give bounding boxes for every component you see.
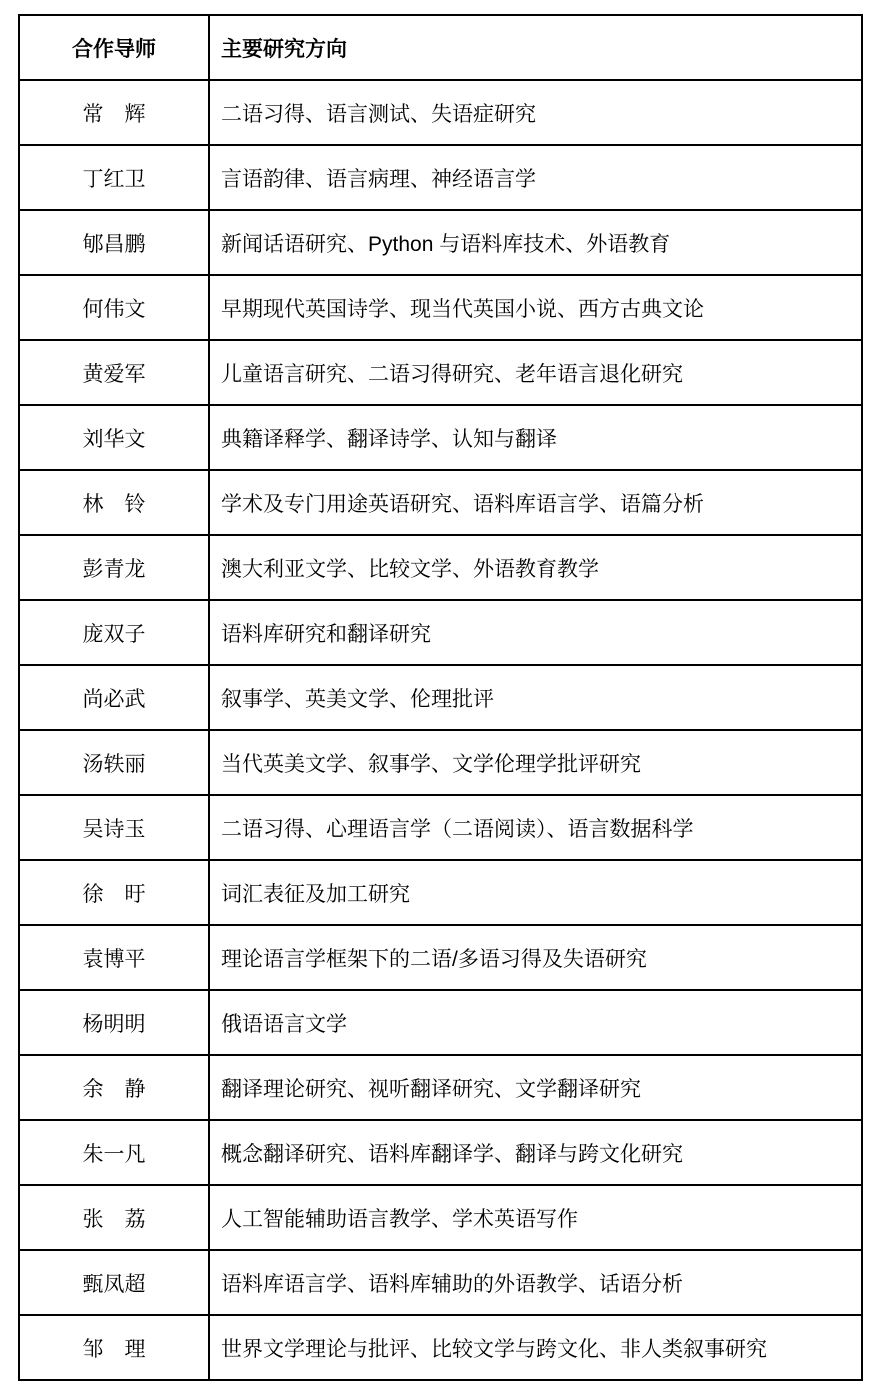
table-row: 郇昌鹏新闻话语研究、Python 与语料库技术、外语教育 <box>19 210 862 275</box>
mentor-name: 张 荔 <box>19 1185 209 1250</box>
mentor-name: 刘华文 <box>19 405 209 470</box>
research-directions: 二语习得、心理语言学（二语阅读）、语言数据科学 <box>209 795 862 860</box>
research-directions: 语料库研究和翻译研究 <box>209 600 862 665</box>
research-directions: 叙事学、英美文学、伦理批评 <box>209 665 862 730</box>
mentor-name: 林 铃 <box>19 470 209 535</box>
research-directions: 语料库语言学、语料库辅助的外语教学、话语分析 <box>209 1250 862 1315</box>
table-row: 常 辉二语习得、语言测试、失语症研究 <box>19 80 862 145</box>
mentor-table: 合作导师 主要研究方向 常 辉二语习得、语言测试、失语症研究丁红卫言语韵律、语言… <box>18 14 863 1381</box>
research-directions: 俄语语言文学 <box>209 990 862 1055</box>
research-directions: 人工智能辅助语言教学、学术英语写作 <box>209 1185 862 1250</box>
header-row: 合作导师 主要研究方向 <box>19 15 862 80</box>
mentor-name: 汤轶丽 <box>19 730 209 795</box>
mentor-name: 朱一凡 <box>19 1120 209 1185</box>
research-directions: 词汇表征及加工研究 <box>209 860 862 925</box>
research-directions: 二语习得、语言测试、失语症研究 <box>209 80 862 145</box>
research-directions: 理论语言学框架下的二语/多语习得及失语研究 <box>209 925 862 990</box>
table-row: 庞双子语料库研究和翻译研究 <box>19 600 862 665</box>
research-directions: 当代英美文学、叙事学、文学伦理学批评研究 <box>209 730 862 795</box>
table-row: 林 铃学术及专门用途英语研究、语料库语言学、语篇分析 <box>19 470 862 535</box>
table-row: 吴诗玉二语习得、心理语言学（二语阅读）、语言数据科学 <box>19 795 862 860</box>
table-row: 黄爱军儿童语言研究、二语习得研究、老年语言退化研究 <box>19 340 862 405</box>
table-row: 袁博平理论语言学框架下的二语/多语习得及失语研究 <box>19 925 862 990</box>
research-directions: 言语韵律、语言病理、神经语言学 <box>209 145 862 210</box>
table-row: 刘华文典籍译释学、翻译诗学、认知与翻译 <box>19 405 862 470</box>
mentor-name: 尚必武 <box>19 665 209 730</box>
table-row: 徐 旴词汇表征及加工研究 <box>19 860 862 925</box>
research-directions: 早期现代英国诗学、现当代英国小说、西方古典文论 <box>209 275 862 340</box>
table-row: 朱一凡概念翻译研究、语料库翻译学、翻译与跨文化研究 <box>19 1120 862 1185</box>
research-directions: 儿童语言研究、二语习得研究、老年语言退化研究 <box>209 340 862 405</box>
table-row: 丁红卫言语韵律、语言病理、神经语言学 <box>19 145 862 210</box>
table-row: 张 荔人工智能辅助语言教学、学术英语写作 <box>19 1185 862 1250</box>
mentor-name: 常 辉 <box>19 80 209 145</box>
mentor-table-header: 合作导师 主要研究方向 <box>19 15 862 80</box>
research-directions: 新闻话语研究、Python 与语料库技术、外语教育 <box>209 210 862 275</box>
table-row: 甄凤超语料库语言学、语料库辅助的外语教学、话语分析 <box>19 1250 862 1315</box>
mentor-name: 郇昌鹏 <box>19 210 209 275</box>
research-directions: 澳大利亚文学、比较文学、外语教育教学 <box>209 535 862 600</box>
table-row: 何伟文早期现代英国诗学、现当代英国小说、西方古典文论 <box>19 275 862 340</box>
research-directions: 学术及专门用途英语研究、语料库语言学、语篇分析 <box>209 470 862 535</box>
mentor-name: 何伟文 <box>19 275 209 340</box>
table-row: 邹 理世界文学理论与批评、比较文学与跨文化、非人类叙事研究 <box>19 1315 862 1380</box>
research-directions: 概念翻译研究、语料库翻译学、翻译与跨文化研究 <box>209 1120 862 1185</box>
mentor-name: 彭青龙 <box>19 535 209 600</box>
mentor-name: 徐 旴 <box>19 860 209 925</box>
research-directions: 典籍译释学、翻译诗学、认知与翻译 <box>209 405 862 470</box>
mentor-name: 邹 理 <box>19 1315 209 1380</box>
mentor-name: 庞双子 <box>19 600 209 665</box>
table-row: 杨明明俄语语言文学 <box>19 990 862 1055</box>
mentor-name: 甄凤超 <box>19 1250 209 1315</box>
mentor-name: 余 静 <box>19 1055 209 1120</box>
mentor-name: 吴诗玉 <box>19 795 209 860</box>
header-mentor: 合作导师 <box>19 15 209 80</box>
table-row: 尚必武叙事学、英美文学、伦理批评 <box>19 665 862 730</box>
research-directions: 世界文学理论与批评、比较文学与跨文化、非人类叙事研究 <box>209 1315 862 1380</box>
table-row: 汤轶丽当代英美文学、叙事学、文学伦理学批评研究 <box>19 730 862 795</box>
header-research-direction: 主要研究方向 <box>209 15 862 80</box>
mentor-name: 黄爱军 <box>19 340 209 405</box>
table-row: 余 静翻译理论研究、视听翻译研究、文学翻译研究 <box>19 1055 862 1120</box>
mentor-name: 杨明明 <box>19 990 209 1055</box>
research-directions: 翻译理论研究、视听翻译研究、文学翻译研究 <box>209 1055 862 1120</box>
mentor-table-body: 常 辉二语习得、语言测试、失语症研究丁红卫言语韵律、语言病理、神经语言学郇昌鹏新… <box>19 80 862 1380</box>
table-row: 彭青龙澳大利亚文学、比较文学、外语教育教学 <box>19 535 862 600</box>
mentor-name: 丁红卫 <box>19 145 209 210</box>
mentor-name: 袁博平 <box>19 925 209 990</box>
